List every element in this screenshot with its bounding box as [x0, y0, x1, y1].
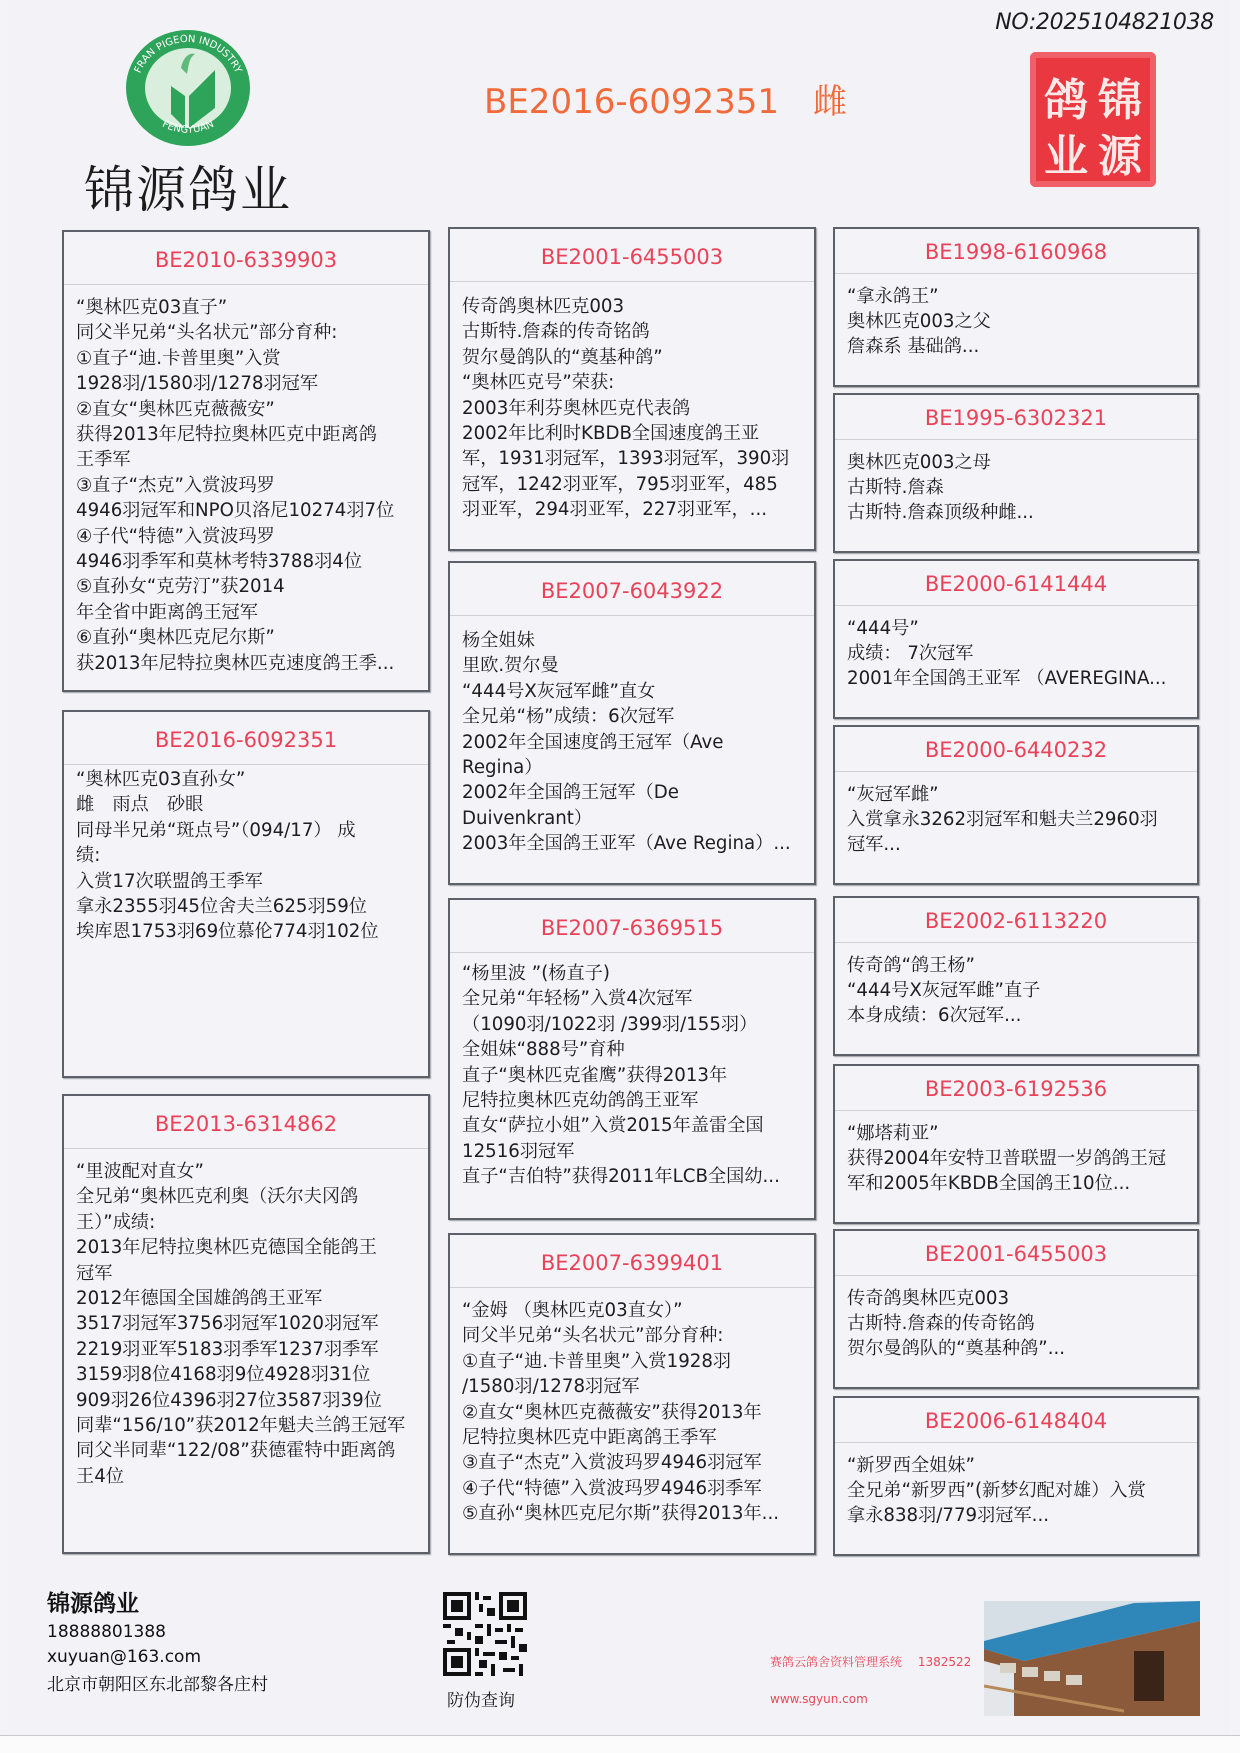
loft-photo: [984, 1601, 1200, 1716]
qr-code-icon[interactable]: [443, 1592, 527, 1676]
card-description: “杨里波 ”(杨直子) 全兄弟“年轻杨”入赏4次冠军 （1090羽/1022羽 …: [450, 953, 814, 1190]
system-name-text: 赛鸽云鸽舍资料管理系统: [770, 1655, 902, 1669]
card-ring-number: BE2001-6455003: [835, 1231, 1197, 1276]
system-name: 赛鸽云鸽舍资料管理系统 1382522: [770, 1653, 971, 1670]
anti-counterfeit-label: 防伪查询: [447, 1686, 515, 1711]
card-ring-number: BE2003-6192536: [835, 1066, 1197, 1111]
card-ring-number: BE2010-6339903: [64, 232, 428, 285]
pigeon-title: BE2016-6092351雌: [484, 74, 847, 123]
company-seal-icon: 锦 源 鸽 业: [1030, 52, 1156, 187]
card-description: 传奇鸽奥林匹克003 古斯特.詹森的传奇铭鸽 贺尔曼鸽队的“奠基种鸽”...: [835, 1276, 1197, 1361]
pedigree-card-subject[interactable]: BE2016-6092351 “奥林匹克03直孙女” 雌 雨点 砂眼 同母半兄弟…: [62, 710, 430, 1078]
card-ring-number: BE1998-6160968: [835, 229, 1197, 274]
pedigree-card-dam[interactable]: BE2013-6314862 “里波配对直女” 全兄弟“奥林匹克利奥（沃尔夫冈鸽…: [62, 1094, 430, 1554]
card-ring-number: BE2000-6440232: [835, 727, 1197, 772]
card-ring-number: BE2016-6092351: [64, 712, 428, 765]
footer-address: 北京市朝阳区东北部黎各庄村: [47, 1670, 268, 1695]
card-ring-number: BE1995-6302321: [835, 395, 1197, 440]
footer-email[interactable]: xuyuan@163.com: [47, 1647, 201, 1667]
pedigree-card-ggp-6[interactable]: BE2003-6192536 “娜塔莉亚” 获得2004年安特卫普联盟一岁鸽鸽王…: [833, 1064, 1199, 1224]
pedigree-card-sire[interactable]: BE2010-6339903 “奥林匹克03直子” 同父半兄弟“头名状元”部分育…: [62, 230, 430, 692]
footer-company-name: 锦源鸽业: [47, 1585, 139, 1618]
pedigree-card-grandsire-paternal[interactable]: BE2001-6455003 传奇鸽奥林匹克003 古斯特.詹森的传奇铭鸽 贺尔…: [448, 227, 816, 551]
sex-label: 雌: [813, 82, 847, 122]
page-edge: [0, 1735, 1240, 1753]
card-description: “金姆 （奥林匹克03直女）” 同父半兄弟“头名状元”部分育种: ①直子“迪.卡…: [450, 1288, 814, 1527]
system-url[interactable]: www.sgyun.com: [770, 1692, 868, 1706]
card-description: 奥林匹克003之母 古斯特.詹森 古斯特.詹森顶级种雌...: [835, 440, 1197, 525]
card-ring-number: BE2007-6399401: [450, 1235, 814, 1288]
card-description: “里波配对直女” 全兄弟“奥林匹克利奥（沃尔夫冈鸽 王）”成绩: 2013年尼特…: [64, 1149, 428, 1489]
card-description: “灰冠军雌” 入赏拿永3262羽冠军和魁夫兰2960羽 冠军...: [835, 772, 1197, 857]
seal-char: 业: [1044, 120, 1088, 184]
card-description: 传奇鸽奥林匹克003 古斯特.詹森的传奇铭鸽 贺尔曼鸽队的“奠基种鸽” “奥林匹…: [450, 282, 814, 523]
card-ring-number: BE2001-6455003: [450, 229, 814, 282]
ring-number: BE2016-6092351: [484, 82, 779, 122]
pedigree-card-ggp-3[interactable]: BE2000-6141444 “444号” 成绩： 7次冠军 2001年全国鸽王…: [833, 559, 1199, 719]
card-description: “拿永鸽王” 奥林匹克003之父 詹森系 基础鸽...: [835, 274, 1197, 359]
card-description: “新罗西全姐妹” 全兄弟“新罗西”(新梦幻配对雄）入赏 拿永838羽/779羽冠…: [835, 1443, 1197, 1528]
pedigree-card-ggp-1[interactable]: BE1998-6160968 “拿永鸽王” 奥林匹克003之父 詹森系 基础鸽.…: [833, 227, 1199, 387]
card-description: “娜塔莉亚” 获得2004年安特卫普联盟一岁鸽鸽王冠 军和2005年KBDB全国…: [835, 1111, 1197, 1196]
pedigree-card-ggp-8[interactable]: BE2006-6148404 “新罗西全姐妹” 全兄弟“新罗西”(新梦幻配对雄）…: [833, 1396, 1199, 1556]
system-phone: 1382522: [918, 1655, 971, 1669]
pedigree-card-ggp-2[interactable]: BE1995-6302321 奥林匹克003之母 古斯特.詹森 古斯特.詹森顶级…: [833, 393, 1199, 553]
pedigree-card-ggp-5[interactable]: BE2002-6113220 传奇鸽“鸽王杨” “444号X灰冠军雌”直子 本身…: [833, 896, 1199, 1056]
pedigree-card-ggp-7[interactable]: BE2001-6455003 传奇鸽奥林匹克003 古斯特.詹森的传奇铭鸽 贺尔…: [833, 1229, 1199, 1389]
seal-char: 鸽: [1044, 64, 1088, 128]
card-description: “奥林匹克03直孙女” 雌 雨点 砂眼 同母半兄弟“斑点号”（094/17） 成…: [64, 765, 428, 945]
card-ring-number: BE2006-6148404: [835, 1398, 1197, 1443]
card-description: “奥林匹克03直子” 同父半兄弟“头名状元”部分育种: ①直子“迪.卡普里奥”入…: [64, 285, 428, 676]
card-description: 传奇鸽“鸽王杨” “444号X灰冠军雌”直子 本身成绩：6次冠军...: [835, 943, 1197, 1028]
footer-phone: 18888801388: [47, 1622, 166, 1642]
card-description: “444号” 成绩： 7次冠军 2001年全国鸽王亚军 （AVEREGINA..…: [835, 606, 1197, 691]
pedigree-card-granddam-paternal[interactable]: BE2007-6043922 杨全姐妹 里欧.贺尔曼 “444号X灰冠军雌”直女…: [448, 561, 816, 885]
card-ring-number: BE2002-6113220: [835, 898, 1197, 943]
card-description: 杨全姐妹 里欧.贺尔曼 “444号X灰冠军雌”直女 全兄弟“杨”成绩：6次冠军 …: [450, 616, 814, 857]
card-ring-number: BE2007-6043922: [450, 563, 814, 616]
seal-char: 源: [1098, 120, 1142, 184]
pedigree-card-ggp-4[interactable]: BE2000-6440232 “灰冠军雌” 入赏拿永3262羽冠军和魁夫兰296…: [833, 725, 1199, 885]
card-ring-number: BE2000-6141444: [835, 561, 1197, 606]
serial-number: NO:2025104821038: [995, 10, 1214, 35]
fengyuan-logo-icon: FRAN PIGEON INDUSTRY FENGYUAN: [123, 28, 253, 148]
card-ring-number: BE2007-6369515: [450, 900, 814, 953]
card-ring-number: BE2013-6314862: [64, 1096, 428, 1149]
seal-char: 锦: [1098, 64, 1142, 128]
brand-name: 锦源鸽业: [84, 150, 292, 222]
pedigree-card-granddam-maternal[interactable]: BE2007-6399401 “金姆 （奥林匹克03直女）” 同父半兄弟“头名状…: [448, 1233, 816, 1555]
pedigree-card-grandsire-maternal[interactable]: BE2007-6369515 “杨里波 ”(杨直子) 全兄弟“年轻杨”入赏4次冠…: [448, 898, 816, 1220]
